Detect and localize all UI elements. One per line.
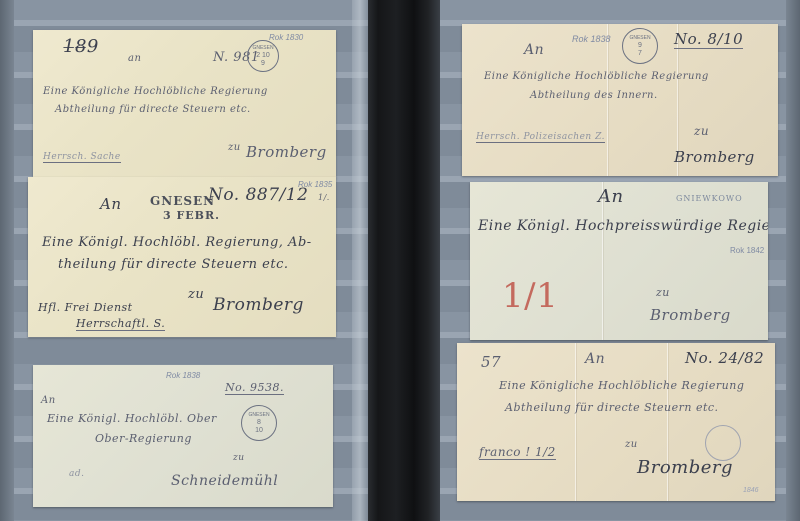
to-word: zu [188, 287, 204, 302]
address-line-1: Eine Königliche Hochlöbliche Regierung [484, 71, 709, 82]
destination-city: Bromberg [650, 306, 731, 324]
postmark-time: 9 [261, 60, 265, 68]
salutation: An [598, 186, 624, 207]
postmark-town: GNESEN [150, 194, 215, 208]
address-line-1: Eine Königl. Hochpreisswürdige Regierung [478, 218, 768, 234]
salutation: An [100, 195, 122, 213]
circular-postmark: GNESEN 2 10 9 [247, 40, 279, 72]
address-line-1: Eine Königliche Hochlöbliche Regierung [43, 86, 268, 97]
address-line-1: Eine Königl. Hochlöbl. Ober [47, 412, 217, 425]
red-crayon-marking: 1/1 [502, 276, 558, 316]
postmark-town: GNESEN [629, 34, 650, 42]
postmark-town: GNESEN [248, 411, 269, 419]
letter-cover-1838-a: Rok 1838 No. 9538. An Eine Königl. Hochl… [33, 365, 333, 507]
destination-city: Bromberg [213, 295, 304, 315]
postmark-date: 9 [638, 42, 642, 50]
letter-number: No. 9538. [225, 381, 284, 395]
letter-cover-1846: 57 An No. 24/82 Eine Königliche Hochlöbl… [457, 343, 775, 501]
letter-cover-1842: An GNIEWKOWO Eine Königl. Hochpreisswürd… [470, 182, 768, 340]
straight-line-postmark: GNIEWKOWO [676, 194, 743, 203]
postmark-date: 8 [257, 419, 261, 427]
corner-mark: 1/. [318, 193, 330, 202]
letter-cover-1835: Rok 1835 1/. An GNESEN 3 FEBR. No. 887/1… [28, 177, 336, 337]
to-word: zu [228, 142, 241, 153]
circular-postmark [705, 425, 741, 461]
destination-city: Schneidemühl [171, 473, 278, 489]
address-line-2: Abtheilung für directe Steuern etc. [505, 401, 719, 414]
year-annotation: Rok 1838 [166, 371, 200, 380]
address-line-1: Eine Königl. Hochlöbl. Regierung, Ab- [42, 235, 312, 250]
service-note: Herrsch. Sache [43, 152, 121, 163]
service-note-2: Herrschaftl. S. [76, 317, 165, 331]
destination-city: Bromberg [637, 457, 733, 478]
salutation: An [585, 351, 605, 367]
to-word: zu [625, 439, 638, 450]
circular-postmark: GNESEN 8 10 [241, 405, 277, 441]
postmark-date: 3 FEBR. [163, 209, 220, 222]
letter-cover-1830: Rok 1830 1̶8̶9 an N. 981 GNESEN 2 10 9 E… [33, 30, 336, 178]
address-line-2: Abtheilung für directe Steuern etc. [55, 104, 251, 115]
service-note: Herrsch. Polizeisachen Z. [476, 132, 605, 143]
page-fold [352, 0, 368, 521]
year-annotation: 1846 [743, 487, 759, 494]
postmark-time: 10 [255, 427, 263, 435]
franco-marking: franco ! 1/2 [479, 445, 556, 460]
postmark-time: 7 [638, 50, 642, 58]
address-line-2: Abtheilung des Innern. [530, 90, 658, 101]
year-annotation: Rok 1830 [269, 33, 303, 42]
year-annotation: Rok 1842 [730, 246, 764, 255]
address-line-2: Ober-Regierung [95, 432, 192, 445]
address-line-2: theilung für directe Steuern etc. [58, 257, 289, 272]
docket-number: 1̶8̶9 [63, 36, 99, 57]
album-spine [368, 0, 440, 521]
letter-number: No. 887/12 [208, 185, 308, 205]
postmark-date: 2 10 [256, 52, 270, 60]
letter-cover-1838-b: Rok 1838 GNESEN 9 7 No. 8/10 An Eine Kön… [462, 24, 778, 176]
fold-crease [575, 343, 576, 501]
to-word: zu [694, 124, 709, 138]
salutation: an [128, 53, 141, 64]
docket-number: 57 [481, 353, 501, 371]
salutation: An [41, 395, 56, 406]
postmark-town: GNESEN [252, 44, 273, 52]
destination-city: Bromberg [246, 143, 327, 161]
to-word: zu [656, 286, 670, 299]
destination-city: Bromberg [674, 148, 755, 166]
salutation: An [524, 42, 544, 58]
letter-number: No. 8/10 [674, 30, 743, 49]
letter-number: No. 24/82 [685, 349, 764, 367]
to-word: zu [233, 453, 245, 463]
service-note-1: Hfl. Frei Dienst [38, 301, 133, 314]
year-annotation: Rok 1838 [572, 34, 611, 44]
address-line-1: Eine Königliche Hochlöbliche Regierung [499, 379, 744, 392]
service-note: ad. [69, 469, 85, 479]
circular-postmark: GNESEN 9 7 [622, 28, 658, 64]
